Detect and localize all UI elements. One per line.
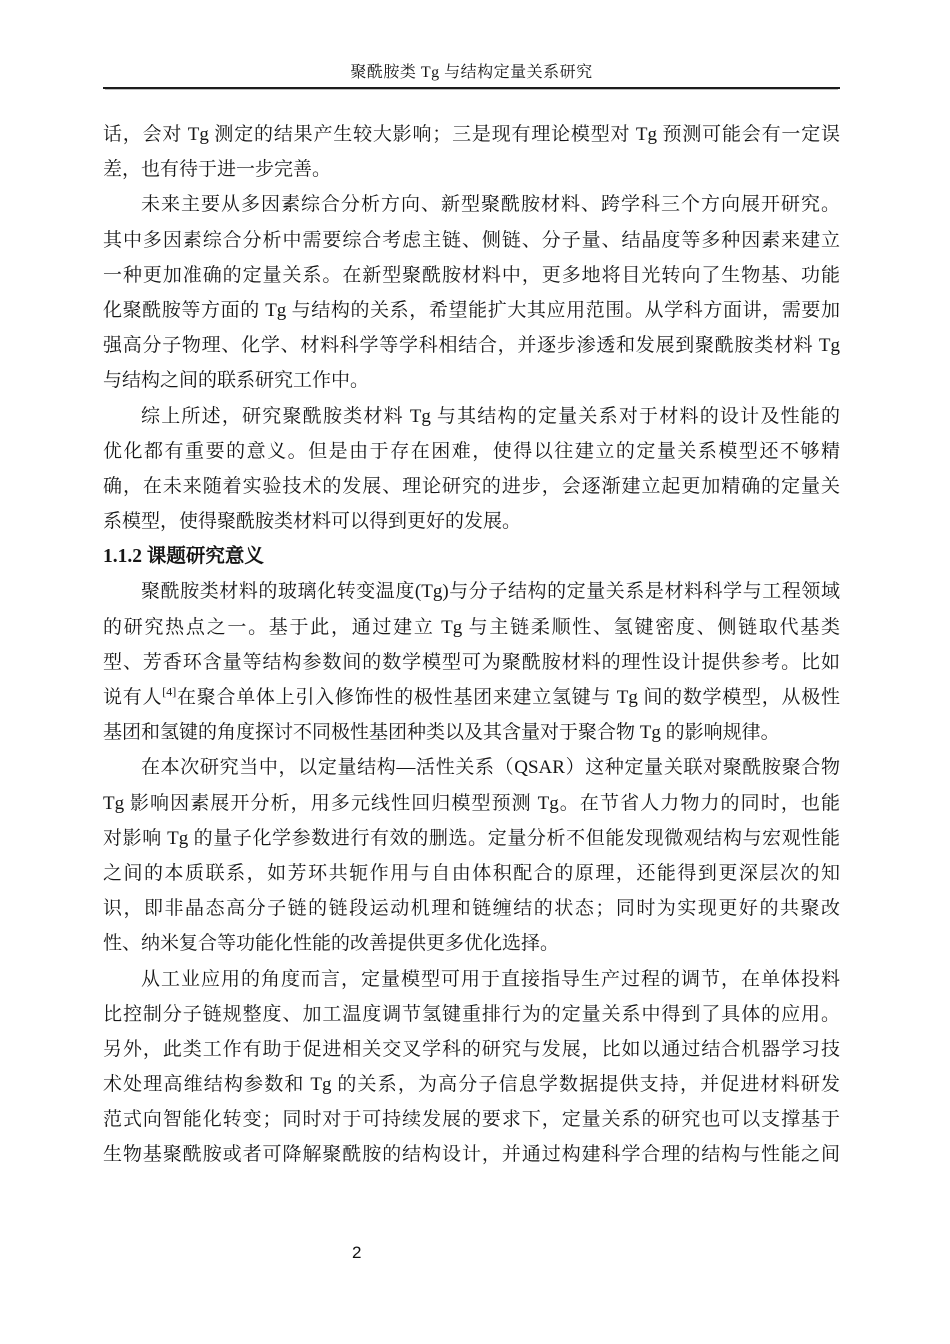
text-line: 确，在未来随着实验技术的发展、理论研究的进步，会逐渐建立起更加精确的定量关 (103, 469, 840, 504)
page-footer: 2 (352, 1243, 361, 1263)
text-line: 强高分子物理、化学、材料科学等学科相结合，并逐步渗透和发展到聚酰胺类材料 Tg (103, 328, 840, 363)
page-number: 2 (352, 1243, 361, 1262)
text-line: 一种更加准确的定量关系。在新型聚酰胺材料中，更多地将目光转向了生物基、功能 (103, 258, 840, 293)
text-line: 从工业应用的角度而言，定量模型可用于直接指导生产过程的调节，在单体投料 (103, 962, 840, 997)
text-line: 生物基聚酰胺或者可降解聚酰胺的结构设计，并通过构建科学合理的结构与性能之间 (103, 1137, 840, 1172)
page-header: 聚酰胺类 Tg 与结构定量关系研究 (103, 61, 840, 89)
text-line: 另外，此类工作有助于促进相关交叉学科的研究与发展，比如以通过结合机器学习技 (103, 1032, 840, 1067)
text-line: 话，会对 Tg 测定的结果产生较大影响；三是现有理论模型对 Tg 预测可能会有一… (103, 117, 840, 152)
text-line: 差，也有待于进一步完善。 (103, 152, 840, 187)
document-page: 聚酰胺类 Tg 与结构定量关系研究 话，会对 Tg 测定的结果产生较大影响；三是… (0, 0, 950, 1344)
text-line: 对影响 Tg 的量子化学参数进行有效的删选。定量分析不但能发现微观结构与宏观性能 (103, 821, 840, 856)
paragraph: 未来主要从多因素综合分析方向、新型聚酰胺材料、跨学科三个方向展开研究。其中多因素… (103, 187, 840, 398)
paragraph: 在本次研究当中，以定量结构—活性关系（QSAR）这种定量关联对聚酰胺聚合物Tg … (103, 750, 840, 961)
text-line: 在本次研究当中，以定量结构—活性关系（QSAR）这种定量关联对聚酰胺聚合物 (103, 750, 840, 785)
document-body: 话，会对 Tg 测定的结果产生较大影响；三是现有理论模型对 Tg 预测可能会有一… (103, 117, 840, 1173)
text-line: 性、纳米复合等功能化性能的改善提供更多优化选择。 (103, 926, 840, 961)
text-line: 之间的本质联系，如芳环共轭作用与自由体积配合的原理，还能得到更深层次的知 (103, 856, 840, 891)
paragraph: 话，会对 Tg 测定的结果产生较大影响；三是现有理论模型对 Tg 预测可能会有一… (103, 117, 840, 187)
text-line: 基团和氢键的角度探讨不同极性基团种类以及其含量对于聚合物 Tg 的影响规律。 (103, 715, 840, 750)
paragraph: 聚酰胺类材料的玻璃化转变温度(Tg)与分子结构的定量关系是材料科学与工程领域的研… (103, 574, 840, 750)
text-line: 比控制分子链规整度、加工温度调节氢键重排行为的定量关系中得到了具体的应用。 (103, 997, 840, 1032)
text-line: 聚酰胺类材料的玻璃化转变温度(Tg)与分子结构的定量关系是材料科学与工程领域 (103, 574, 840, 609)
text-line: 化聚酰胺等方面的 Tg 与结构的关系，希望能扩大其应用范围。从学科方面讲，需要加 (103, 293, 840, 328)
running-head-title: 聚酰胺类 Tg 与结构定量关系研究 (350, 64, 592, 81)
text-line: 优化都有重要的意义。但是由于存在困难，使得以往建立的定量关系模型还不够精 (103, 434, 840, 469)
text-line: 范式向智能化转变；同时对于可持续发展的要求下，定量关系的研究也可以支撑基于 (103, 1102, 840, 1137)
paragraph: 综上所述，研究聚酰胺类材料 Tg 与其结构的定量关系对于材料的设计及性能的优化都… (103, 399, 840, 540)
text-line: 系模型，使得聚酰胺类材料可以得到更好的发展。 (103, 504, 840, 539)
text-line: 的研究热点之一。基于此，通过建立 Tg 与主链柔顺性、氢键密度、侧链取代基类 (103, 610, 840, 645)
text-line: 型、芳香环含量等结构参数间的数学模型可为聚酰胺材料的理性设计提供参考。比如 (103, 645, 840, 680)
text-line: 综上所述，研究聚酰胺类材料 Tg 与其结构的定量关系对于材料的设计及性能的 (103, 399, 840, 434)
paragraph: 从工业应用的角度而言，定量模型可用于直接指导生产过程的调节，在单体投料比控制分子… (103, 962, 840, 1173)
text-line: 未来主要从多因素综合分析方向、新型聚酰胺材料、跨学科三个方向展开研究。 (103, 187, 840, 222)
text-line: 与结构之间的联系研究工作中。 (103, 363, 840, 398)
text-line: 识，即非晶态高分子链的链段运动机理和链缠结的状态；同时为实现更好的共聚改 (103, 891, 840, 926)
section-heading: 1.1.2 课题研究意义 (103, 539, 840, 574)
text-line: Tg 影响因素展开分析，用多元线性回归模型预测 Tg。在节省人力物力的同时，也能 (103, 786, 840, 821)
citation-ref: [4] (162, 685, 176, 699)
text-line: 说有人[4]在聚合单体上引入修饰性的极性基团来建立氢键与 Tg 间的数学模型，从… (103, 680, 840, 715)
text-line: 其中多因素综合分析中需要综合考虑主链、侧链、分子量、结晶度等多种因素来建立 (103, 223, 840, 258)
text-line: 术处理高维结构参数和 Tg 的关系，为高分子信息学数据提供支持，并促进材料研发 (103, 1067, 840, 1102)
